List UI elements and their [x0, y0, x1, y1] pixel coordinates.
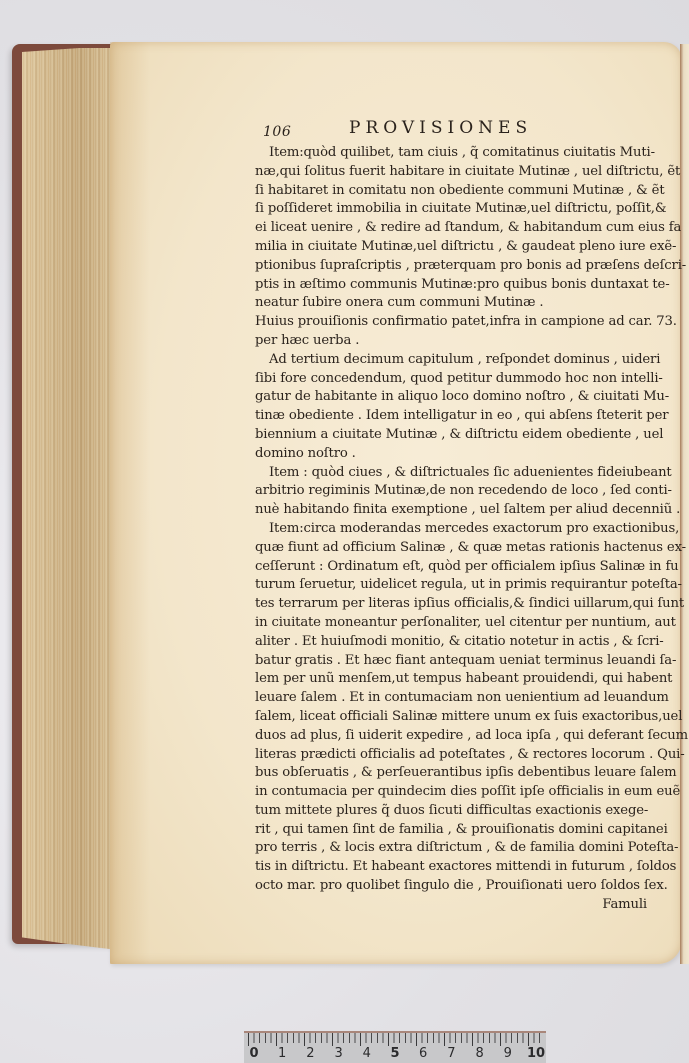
scale-ruler: 012345678910	[244, 1031, 546, 1063]
text-line: ptis in æſtimo communis Mutinæ:pro quibu…	[255, 276, 669, 295]
catchword: Famuli	[255, 896, 669, 915]
text-line: domino noſtro .	[255, 445, 669, 464]
text-line: ptionibus ſupraſcriptis , præterquam pro…	[255, 257, 669, 276]
page-gutter-shade	[110, 42, 150, 964]
text-line: neatur ſubire onera cum communi Mutinæ .	[255, 294, 669, 313]
text-line: ſibi fore concedendum, quod petitur dumm…	[255, 370, 669, 389]
text-line: gatur de habitante in aliquo loco domino…	[255, 388, 669, 407]
text-line: tes terrarum per literas ipſius official…	[255, 595, 669, 614]
text-line: octo mar. pro quolibet ſingulo die , Pro…	[255, 877, 669, 896]
text-line: bus obſeruatis , & perſeuerantibus ipſis…	[255, 764, 669, 783]
ruler-label: 4	[363, 1046, 371, 1061]
text-line: in ciuitate moneantur perſonaliter, uel …	[255, 614, 669, 633]
text-line: Item:circa moderandas mercedes exactorum…	[255, 520, 669, 539]
text-line: ſalem, liceat officiali Salinæ mittere u…	[255, 708, 669, 727]
text-line: lem per unũ menſem,ut tempus habeant pro…	[255, 670, 669, 689]
text-line: ſi habitaret in comitatu non obediente c…	[255, 182, 669, 201]
text-line: pro terris , & locis extra diſtrictum , …	[255, 839, 669, 858]
ruler-label: 6	[419, 1046, 427, 1061]
text-line: ſi poſſideret immobilia in ciuitate Muti…	[255, 200, 669, 219]
text-line: literas prædicti officialis ad poteſtate…	[255, 746, 669, 765]
ruler-major-ticks	[248, 1033, 540, 1046]
text-line: biennium a ciuitate Mutinæ , & diſtrictu…	[255, 426, 669, 445]
page-header: 106 PROVISIONES	[255, 118, 669, 144]
ruler-label: 1	[278, 1046, 286, 1061]
text-line: næ,qui ſolitus fuerit habitare in ciuita…	[255, 163, 669, 182]
text-line: tinæ obediente . Idem intelligatur in eo…	[255, 407, 669, 426]
ruler-label: 2	[306, 1046, 314, 1061]
text-line: Item:quòd quilibet, tam ciuis , q̃ comit…	[255, 144, 669, 163]
ruler-label: 0	[249, 1046, 258, 1061]
ruler-label: 8	[475, 1046, 483, 1061]
facing-page-edge	[680, 44, 689, 964]
text-line: ei liceat uenire , & redire ad ſtandum, …	[255, 219, 669, 238]
ruler-label: 10	[527, 1046, 545, 1061]
text-line: nuè habitando finita exemptione , uel ſa…	[255, 501, 669, 520]
page-text-block: 106 PROVISIONES Item:quòd quilibet, tam …	[255, 118, 669, 915]
ruler-label: 9	[504, 1046, 512, 1061]
text-line: aliter . Et huiuſmodi monitio, & citatio…	[255, 633, 669, 652]
running-head: PROVISIONES	[349, 118, 532, 138]
text-line: in contumacia per quindecim dies poſſit …	[255, 783, 669, 802]
page-fore-edge-stack	[22, 48, 118, 950]
ruler-labels: 012345678910	[244, 1046, 546, 1063]
text-line: ceſſerunt : Ordinatum eſt, quòd per offi…	[255, 558, 669, 577]
ruler-label: 7	[447, 1046, 455, 1061]
page-number: 106	[263, 124, 291, 140]
text-line: duos ad plus, ſi uiderit expedire , ad l…	[255, 727, 669, 746]
text-line: tum mittete plures q̃ duos ſicuti diffic…	[255, 802, 669, 821]
text-line: batur gratis . Et hæc fiant antequam uen…	[255, 652, 669, 671]
text-line: turum ſeruetur, uidelicet regula, ut in …	[255, 576, 669, 595]
text-line: quæ fiunt ad officium Salinæ , & quæ met…	[255, 539, 669, 558]
ruler-label: 3	[334, 1046, 342, 1061]
text-line: Item : quòd ciues , & diſtrictuales ſic …	[255, 464, 669, 483]
text-line: Huius prouiſionis confirmatio patet,infr…	[255, 313, 669, 332]
text-line: leuare ſalem . Et in contumaciam non uen…	[255, 689, 669, 708]
body-text: Item:quòd quilibet, tam ciuis , q̃ comit…	[255, 144, 669, 896]
text-line: milia in ciuitate Mutinæ,uel diſtrictu ,…	[255, 238, 669, 257]
text-line: per hæc uerba .	[255, 332, 669, 351]
text-line: rit , qui tamen ſint de familia , & prou…	[255, 821, 669, 840]
ruler-label: 5	[390, 1046, 399, 1061]
text-line: Ad tertium decimum capitulum , reſpondet…	[255, 351, 669, 370]
text-line: arbitrio regiminis Mutinæ,de non receden…	[255, 482, 669, 501]
text-line: tis in diſtrictu. Et habeant exactores m…	[255, 858, 669, 877]
